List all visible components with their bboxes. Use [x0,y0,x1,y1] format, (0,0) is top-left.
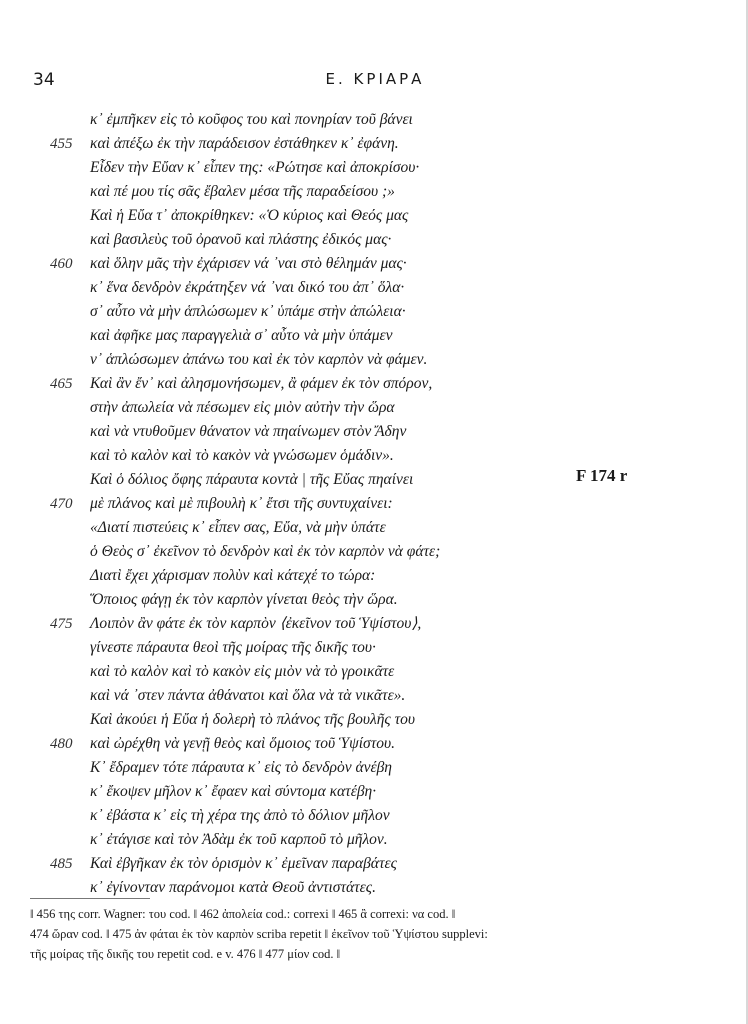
verse-text: κ᾽ ἔκοψεν μῆλον κ᾽ ἔφαεν καὶ σύντομα κατ… [90,780,376,804]
verse-text: ὁ Θεὸς σ᾽ ἐκεῖνον τὸ δενδρὸν καὶ ἐκ τὸν … [90,540,440,564]
verse-line: καὶ νὰ ντυθοῦμεν θάνατον νὰ πηαίνωμεν στ… [0,420,748,444]
verse-text: καὶ νά ᾽στεν πάντα ἀθάνατοι καὶ ὅλα νὰ τ… [90,684,405,708]
footnote-divider [30,898,150,899]
verse-text: Διατὶ ἔχει χάρισμαν πολὺν καὶ κάτεχέ το … [90,564,375,588]
verse-line: στὴν ἀπωλεία νὰ πέσωμεν εἰς μιὸν αὐτὴν τ… [0,396,748,420]
folio-margin-note: F 174 r [576,466,627,486]
verse-number: 475 [50,612,84,636]
verse-line: κ᾽ ἔκοψεν μῆλον κ᾽ ἔφαεν καὶ σύντομα κατ… [0,780,748,804]
verse-line: γίνεστε πάραυτα θεοὶ τῆς μοίρας τῆς δικῆ… [0,636,748,660]
verse-text: «Διατί πιστεύεις κ᾽ εἶπεν σας, Εὔα, νὰ μ… [90,516,386,540]
verse-line: «Διατί πιστεύεις κ᾽ εἶπεν σας, Εὔα, νὰ μ… [0,516,748,540]
verse-text: Εἶδεν τὴν Εὔαν κ᾽ εἶπεν της: «Ρώτησε καὶ… [90,156,419,180]
verse-line: 460καὶ ὅλην μᾶς τὴν ἐχάρισεν νά ᾽ναι στὸ… [0,252,748,276]
verse-text: καὶ ἀφῆκε μας παραγγελιὰ σ᾽ αὖτο νὰ μὴν … [90,324,393,348]
verse-text: καὶ τὸ καλὸν καὶ τὸ κακὸν νὰ γνώσωμεν ὁμ… [90,444,394,468]
verse-number: 465 [50,372,84,396]
verse-line: Καὶ ὁ δόλιος ὄφης πάραυτα κοντὰ | τῆς Εὔ… [0,468,748,492]
verse-text: σ᾽ αὖτο νὰ μὴν ἁπλώσωμεν κ᾽ ὑπάμε στὴν ἀ… [90,300,406,324]
verse-line: Κ᾽ ἔδραμεν τότε πάραυτα κ᾽ εἰς τὸ δενδρὸ… [0,756,748,780]
verse-text: Καὶ ἐβγῆκαν ἐκ τὸν ὁρισμὸν κ᾽ ἐμεῖναν πα… [90,852,397,876]
verse-text: μὲ πλάνος καὶ μὲ πιβουλὴ κ᾽ ἔτσι τῆς συν… [90,492,393,516]
verse-line: κ᾽ ἐμπῆκεν εἰς τὸ κοῦφος του καὶ πονηρία… [0,108,748,132]
verse-text: καὶ ὠρέχθη νὰ γενῇ θεὸς καὶ ὅμοιος τοῦ Ὑ… [90,732,395,756]
verse-line: ν᾽ ἁπλώσωμεν ἀπάνω του καὶ ἐκ τὸν καρπὸν… [0,348,748,372]
verse-line: καὶ τὸ καλὸν καὶ τὸ κακὸν νὰ γνώσωμεν ὁμ… [0,444,748,468]
running-head: Ε. ΚΡΙΑΡΑ [300,70,450,88]
verse-text: ν᾽ ἁπλώσωμεν ἀπάνω του καὶ ἐκ τὸν καρπὸν… [90,348,427,372]
verse-line: σ᾽ αὖτο νὰ μὴν ἁπλώσωμεν κ᾽ ὑπάμε στὴν ἀ… [0,300,748,324]
verse-line: κ᾽ ἐβάστα κ᾽ εἰς τὴ χέρα της ἀπὸ τὸ δόλι… [0,804,748,828]
verse-line: 480καὶ ὠρέχθη νὰ γενῇ θεὸς καὶ ὅμοιος το… [0,732,748,756]
verse-number: 485 [50,852,84,876]
verse-text: Καὶ ἂν ἔν᾽ καὶ ἀλησμονήσωμεν, ἂ φάμεν ἐκ… [90,372,432,396]
verse-text: στὴν ἀπωλεία νὰ πέσωμεν εἰς μιὸν αὐτὴν τ… [90,396,395,420]
verse-text: κ᾽ ἐμπῆκεν εἰς τὸ κοῦφος του καὶ πονηρία… [90,108,413,132]
verse-text: καὶ ἀπέξω ἐκ τὴν παράδεισον ἐστάθηκεν κ᾽… [90,132,399,156]
verse-line: 465Καὶ ἂν ἔν᾽ καὶ ἀλησμονήσωμεν, ἂ φάμεν… [0,372,748,396]
verse-text: Καὶ ἀκούει ἡ Εὔα ἡ δολερὴ τὸ πλάνος τῆς … [90,708,415,732]
verse-line: 455καὶ ἀπέξω ἐκ τὴν παράδεισον ἐστάθηκεν… [0,132,748,156]
verse-line: καὶ πέ μου τίς σᾶς ἔβαλεν μέσα τῆς παραδ… [0,180,748,204]
verse-text: Ὅποιος φάγῃ ἐκ τὸν καρπὸν γίνεται θεὸς τ… [90,588,398,612]
verse-text: καὶ βασιλεὺς τοῦ ὀρανοῦ καὶ πλάστης ἐδικ… [90,228,391,252]
verse-line: ὁ Θεὸς σ᾽ ἐκεῖνον τὸ δενδρὸν καὶ ἐκ τὸν … [0,540,748,564]
verse-number: 470 [50,492,84,516]
verse-line: Διατὶ ἔχει χάρισμαν πολὺν καὶ κάτεχέ το … [0,564,748,588]
footnote-line: ‖ 456 της corr. Wagner: του cod. ‖ 462 ἀ… [30,904,720,924]
verse-text: καὶ πέ μου τίς σᾶς ἔβαλεν μέσα τῆς παραδ… [90,180,395,204]
verse-line: κ᾽ ἐτάγισε καὶ τὸν Ἀδὰμ ἐκ τοῦ καρποῦ τὸ… [0,828,748,852]
verse-text: κ᾽ ἕνα δενδρὸν ἐκράτηξεν νά ᾽ναι δικό το… [90,276,404,300]
verse-number: 480 [50,732,84,756]
verse-text: κ᾽ ἐτάγισε καὶ τὸν Ἀδὰμ ἐκ τοῦ καρποῦ τὸ… [90,828,388,852]
verse-line: κ᾽ ἐγίνονταν παράνομοι κατὰ Θεοῦ ἀντιστά… [0,876,748,900]
verse-text: Καὶ ἡ Εὔα τ᾽ ἀποκρίθηκεν: «Ὁ κύριος καὶ … [90,204,408,228]
critical-apparatus: ‖ 456 της corr. Wagner: του cod. ‖ 462 ἀ… [30,904,720,964]
verse-text: Καὶ ὁ δόλιος ὄφης πάραυτα κοντὰ | τῆς Εὔ… [90,468,413,492]
verse-line: καὶ νά ᾽στεν πάντα ἀθάνατοι καὶ ὅλα νὰ τ… [0,684,748,708]
footnote-line: 474 ὥραν cod. ‖ 475 ἀν φάται ἐκ τὸν καρπ… [30,924,720,944]
verse-line: 485Καὶ ἐβγῆκαν ἐκ τὸν ὁρισμὸν κ᾽ ἐμεῖναν… [0,852,748,876]
verse-number: 455 [50,132,84,156]
verse-text: καὶ ὅλην μᾶς τὴν ἐχάρισεν νά ᾽ναι στὸ θέ… [90,252,407,276]
verse-line: καὶ βασιλεὺς τοῦ ὀρανοῦ καὶ πλάστης ἐδικ… [0,228,748,252]
verse-line: Καὶ ἡ Εὔα τ᾽ ἀποκρίθηκεν: «Ὁ κύριος καὶ … [0,204,748,228]
verse-text: καὶ τὸ καλὸν καὶ τὸ κακὸν εἰς μιὸν νὰ τὸ… [90,660,394,684]
page-number: 34 [33,70,55,90]
verse-block: κ᾽ ἐμπῆκεν εἰς τὸ κοῦφος του καὶ πονηρία… [0,108,748,900]
verse-text: κ᾽ ἐβάστα κ᾽ εἰς τὴ χέρα της ἀπὸ τὸ δόλι… [90,804,390,828]
verse-text: κ᾽ ἐγίνονταν παράνομοι κατὰ Θεοῦ ἀντιστά… [90,876,376,900]
footnote-line: τῆς μοίρας τῆς δικῆς του repetit cod. e … [30,944,720,964]
verse-line: κ᾽ ἕνα δενδρὸν ἐκράτηξεν νά ᾽ναι δικό το… [0,276,748,300]
verse-text: Κ᾽ ἔδραμεν τότε πάραυτα κ᾽ εἰς τὸ δενδρὸ… [90,756,392,780]
verse-number: 460 [50,252,84,276]
verse-line: Εἶδεν τὴν Εὔαν κ᾽ εἶπεν της: «Ρώτησε καὶ… [0,156,748,180]
verse-line: καὶ ἀφῆκε μας παραγγελιὰ σ᾽ αὖτο νὰ μὴν … [0,324,748,348]
verse-text: γίνεστε πάραυτα θεοὶ τῆς μοίρας τῆς δικῆ… [90,636,376,660]
verse-line: 470μὲ πλάνος καὶ μὲ πιβουλὴ κ᾽ ἔτσι τῆς … [0,492,748,516]
verse-line: Ὅποιος φάγῃ ἐκ τὸν καρπὸν γίνεται θεὸς τ… [0,588,748,612]
verse-line: καὶ τὸ καλὸν καὶ τὸ κακὸν εἰς μιὸν νὰ τὸ… [0,660,748,684]
verse-line: Καὶ ἀκούει ἡ Εὔα ἡ δολερὴ τὸ πλάνος τῆς … [0,708,748,732]
verse-line: 475Λοιπὸν ἂν φάτε ἐκ τὸν καρπὸν ⟨ἐκεῖνον… [0,612,748,636]
verse-text: Λοιπὸν ἂν φάτε ἐκ τὸν καρπὸν ⟨ἐκεῖνον το… [90,612,421,636]
verse-text: καὶ νὰ ντυθοῦμεν θάνατον νὰ πηαίνωμεν στ… [90,420,406,444]
